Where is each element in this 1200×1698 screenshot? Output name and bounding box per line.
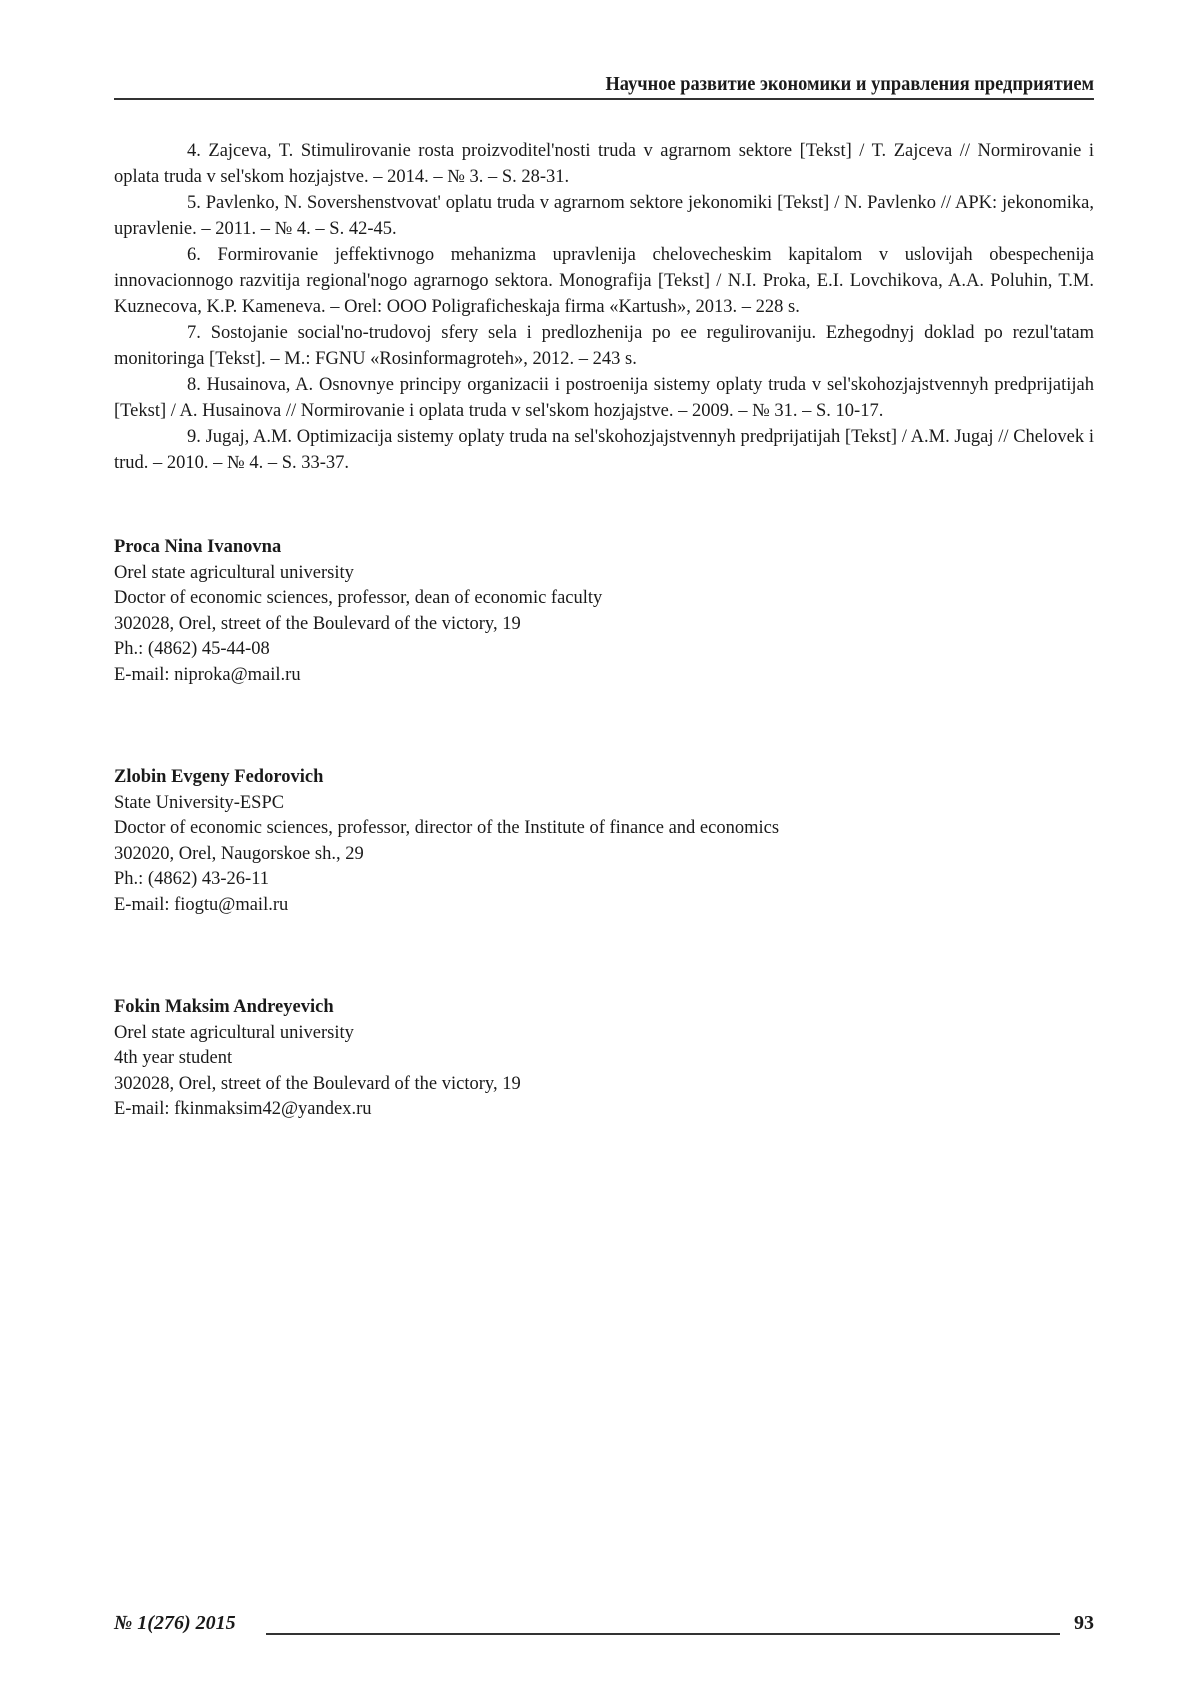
author-phone: Ph.: (4862) 45-44-08 [114, 637, 1094, 663]
author-address: 302028, Orel, street of the Boulevard of… [114, 612, 1094, 638]
reference-list: 4. Zajceva, T. Stimulirovanie rosta proi… [114, 138, 1094, 476]
author-block: Zlobin Evgeny Fedorovich State Universit… [114, 765, 1094, 918]
author-email: E-mail: fkinmaksim42@yandex.ru [114, 1097, 1094, 1123]
author-block: Proca Nina Ivanovna Orel state agricultu… [114, 535, 1094, 688]
author-position: 4th year student [114, 1046, 1094, 1072]
reference-item: 9. Jugaj, A.M. Optimizacija sistemy opla… [114, 424, 1094, 476]
reference-item: 7. Sostojanie social'no-trudovoj sfery s… [114, 320, 1094, 372]
reference-item: 8. Husainova, A. Osnovnye principy organ… [114, 372, 1094, 424]
author-position: Doctor of economic sciences, professor, … [114, 816, 1094, 842]
issue-label: № 1(276) 2015 [114, 1612, 236, 1635]
author-affiliation: Orel state agricultural university [114, 561, 1094, 587]
author-position: Doctor of economic sciences, professor, … [114, 586, 1094, 612]
author-affiliation: Orel state agricultural university [114, 1021, 1094, 1047]
page-number: 93 [1074, 1612, 1094, 1635]
reference-item: 4. Zajceva, T. Stimulirovanie rosta proi… [114, 138, 1094, 190]
author-block: Fokin Maksim Andreyevich Orel state agri… [114, 995, 1094, 1123]
reference-item: 5. Pavlenko, N. Sovershenstvovat' oplatu… [114, 190, 1094, 242]
author-address: 302028, Orel, street of the Boulevard of… [114, 1072, 1094, 1098]
author-address: 302020, Orel, Naugorskoe sh., 29 [114, 842, 1094, 868]
reference-item: 6. Formirovanie jeffektivnogo mehanizma … [114, 242, 1094, 320]
author-name: Fokin Maksim Andreyevich [114, 995, 1094, 1021]
footer-rule [266, 1633, 1060, 1635]
author-email: E-mail: niproka@mail.ru [114, 663, 1094, 689]
running-header: Научное развитие экономики и управления … [114, 70, 1094, 100]
author-info-section: Proca Nina Ivanovna Orel state agricultu… [114, 535, 1094, 1200]
author-name: Zlobin Evgeny Fedorovich [114, 765, 1094, 791]
author-affiliation: State University-ESPC [114, 791, 1094, 817]
journal-title: Научное развитие экономики и управления … [605, 73, 1094, 96]
author-name: Proca Nina Ivanovna [114, 535, 1094, 561]
running-footer: № 1(276) 2015 93 [114, 1612, 1094, 1642]
author-phone: Ph.: (4862) 43-26-11 [114, 867, 1094, 893]
author-email: E-mail: fiogtu@mail.ru [114, 893, 1094, 919]
